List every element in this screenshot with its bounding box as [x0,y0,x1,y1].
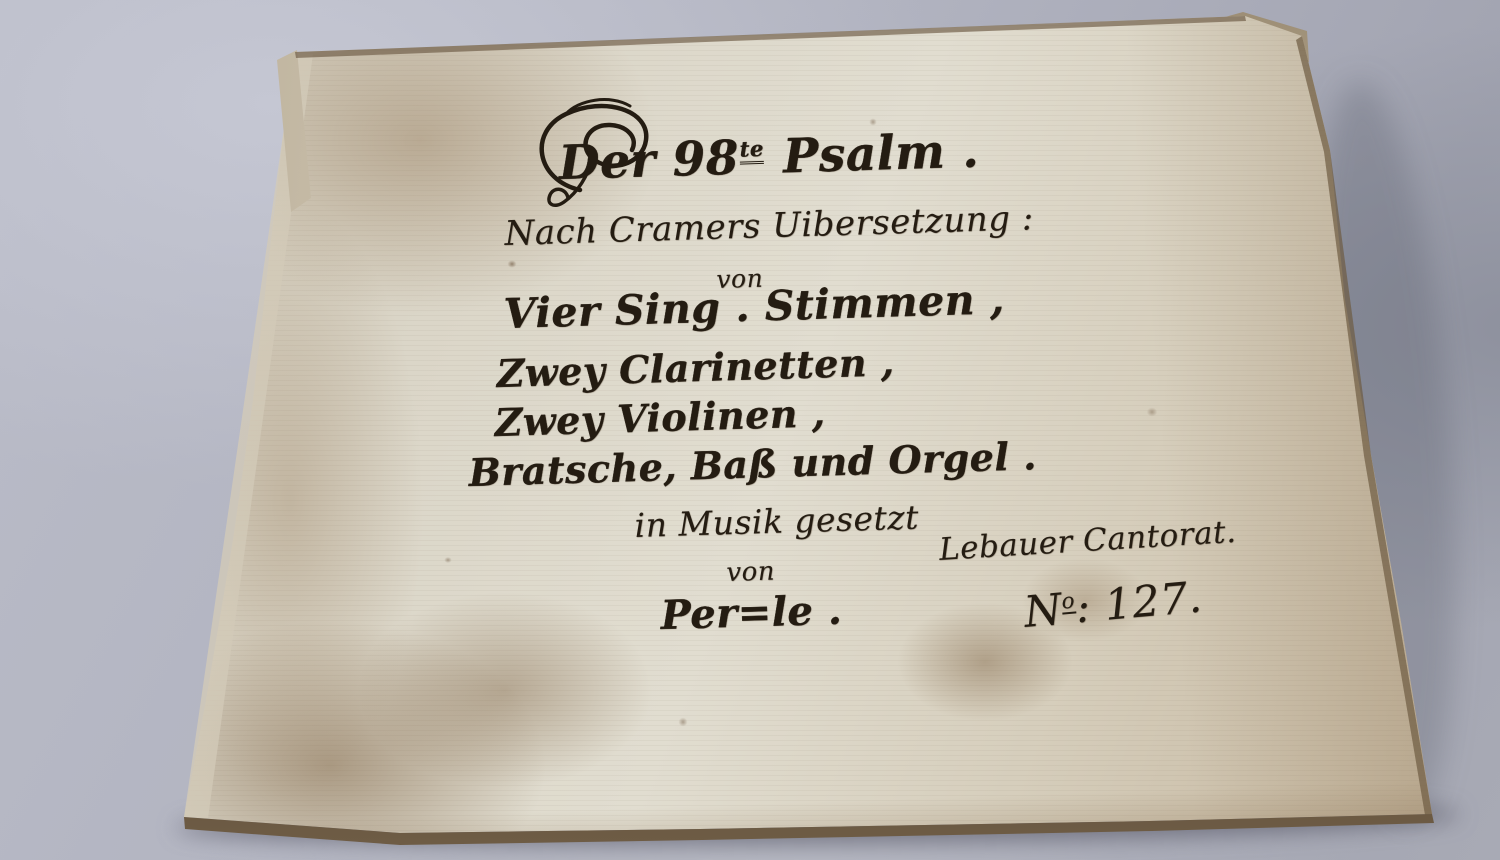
title-ordinal-superscript: te [739,138,764,164]
number-prefix: N [1022,585,1064,638]
photo-scene: Der 98te Psalm . Nach Cramers Uibersetzu… [0,0,1500,860]
title-prefix: Der 98 [558,131,740,191]
connector-von-2: von [726,557,775,588]
title-suffix: Psalm . [765,124,979,185]
composer-line: Per=le . [660,587,843,639]
